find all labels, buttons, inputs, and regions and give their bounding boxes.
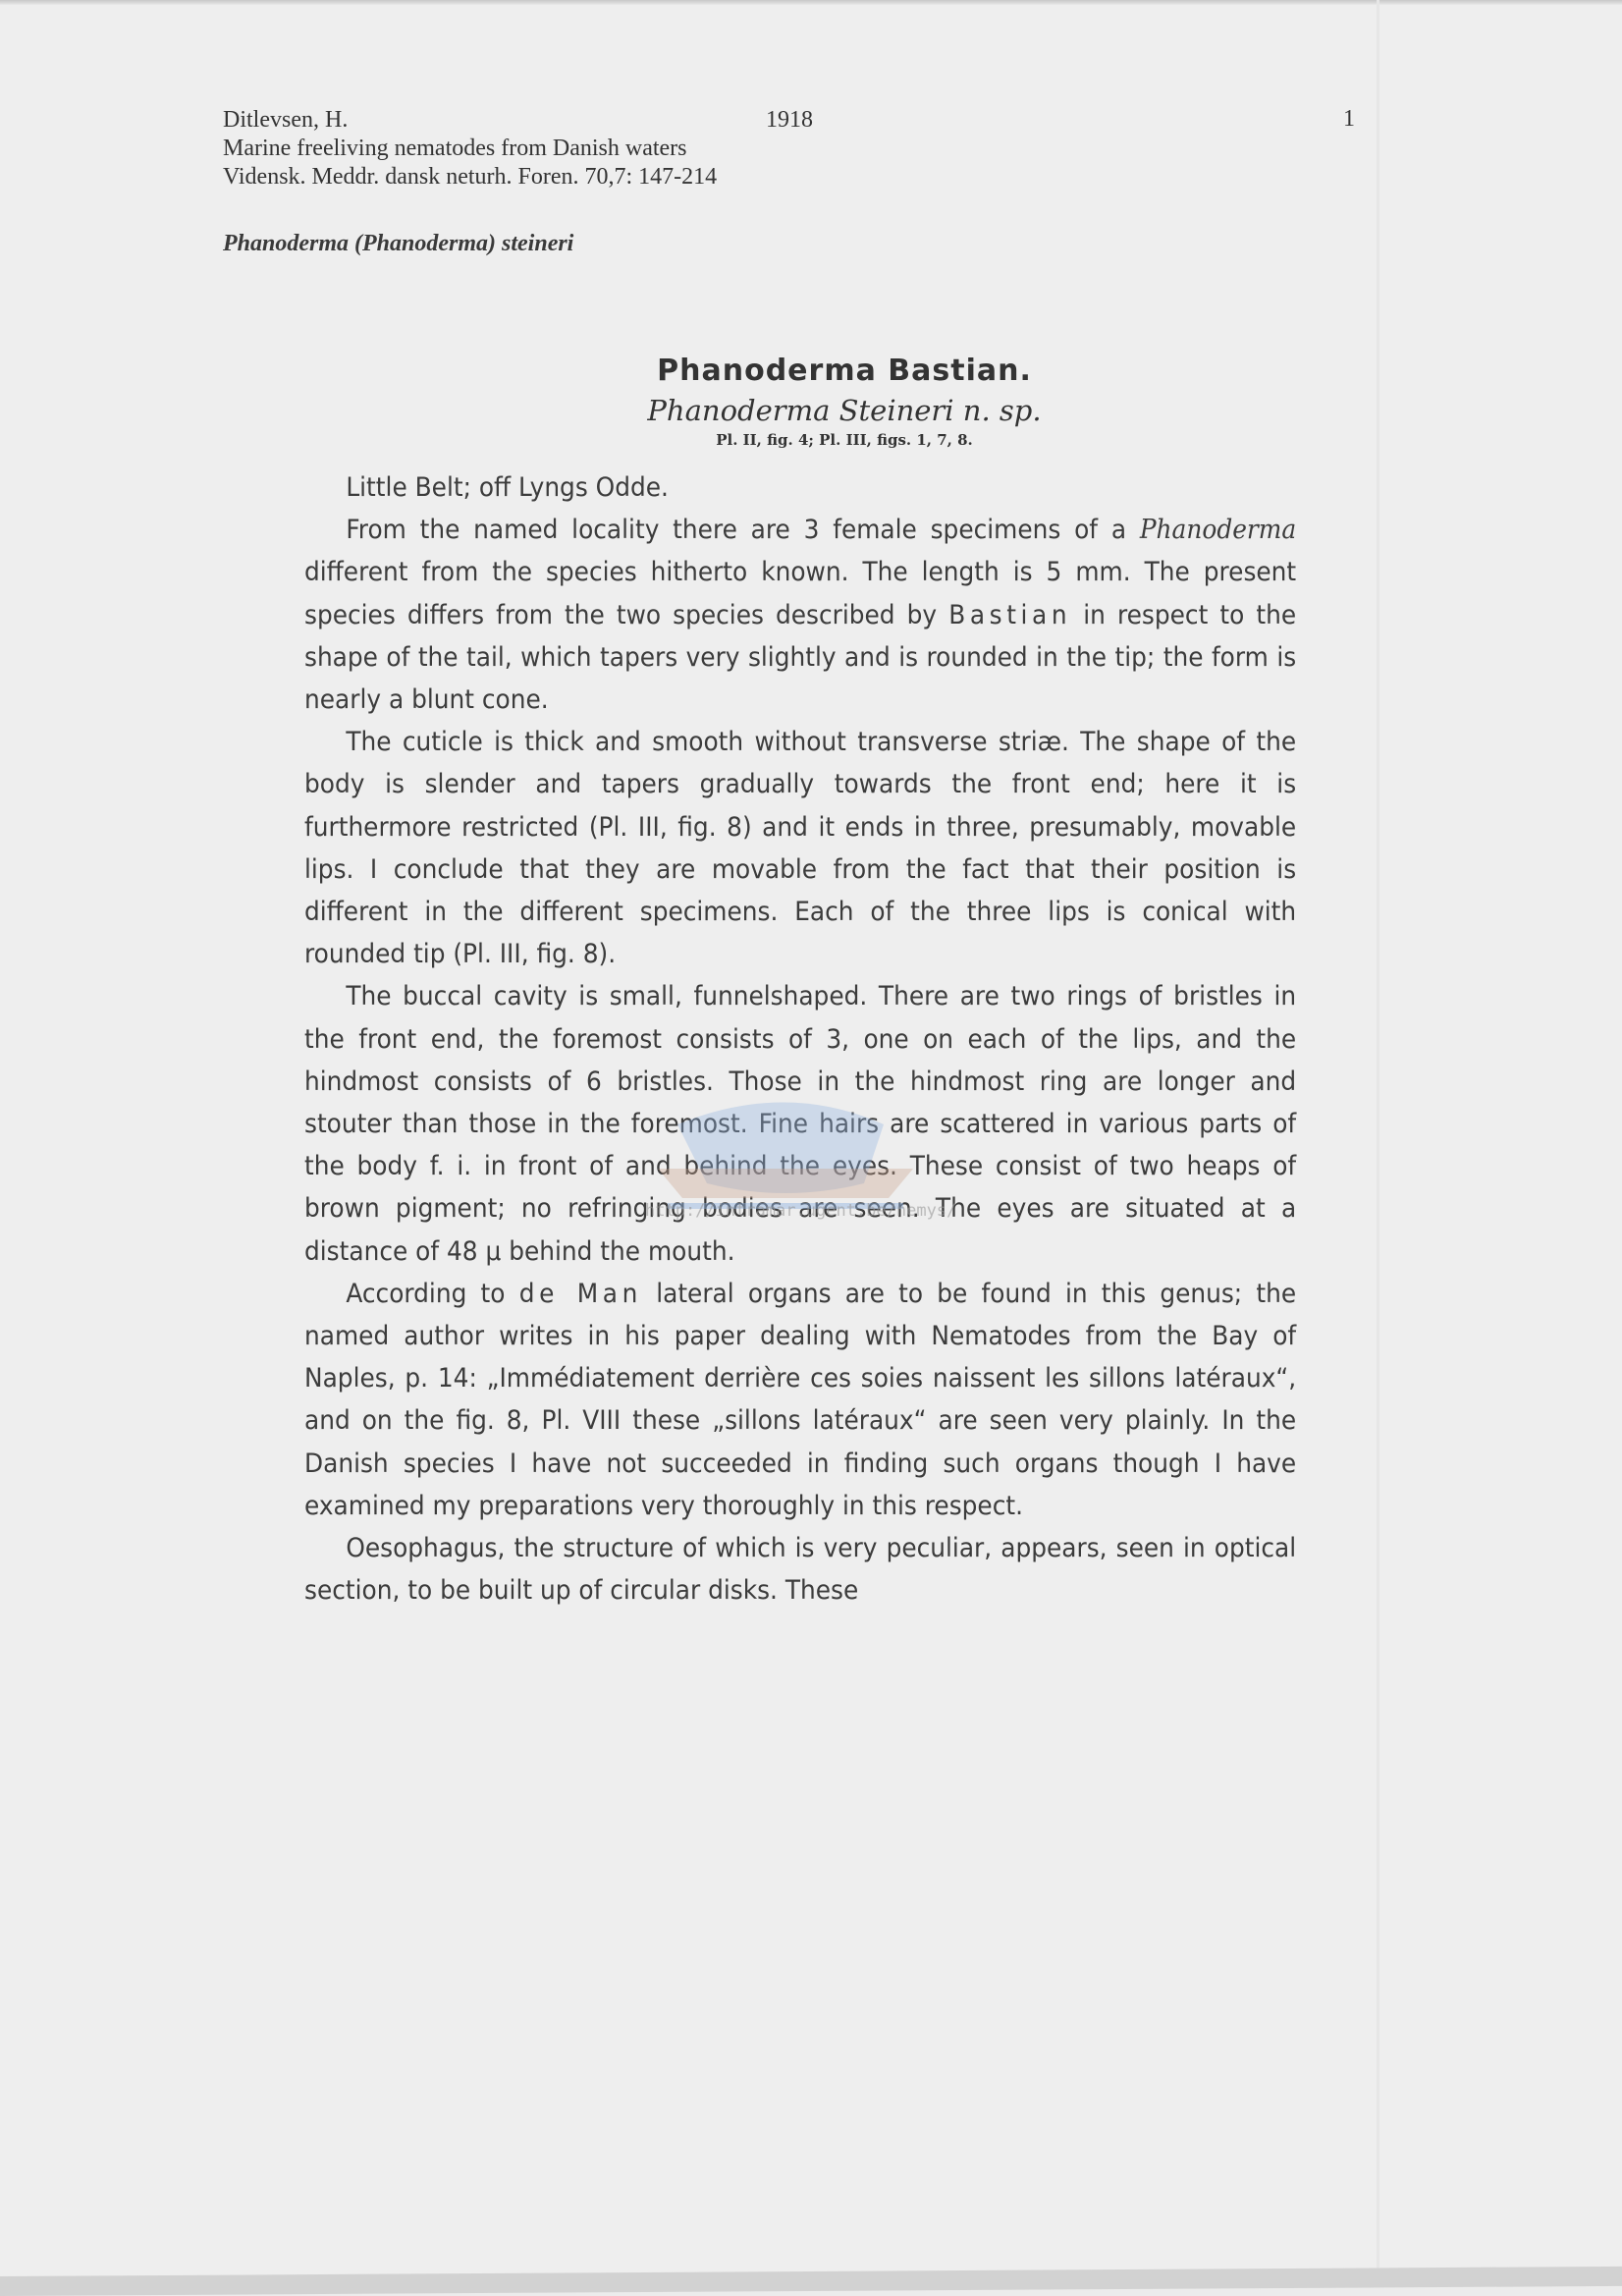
document-page: Ditlevsen, H. 1918 Marine freeliving nem… — [0, 0, 1622, 2276]
page-number: 1 — [1343, 106, 1355, 133]
species-heading: Phanoderma Steineri n. sp. — [393, 394, 1296, 427]
author-name: Bastian — [948, 600, 1071, 630]
watermark-url: http://intramar.ugent.be/nemys/ — [645, 1201, 956, 1221]
paragraph-4: According to de Man lateral organs are t… — [304, 1273, 1296, 1527]
genus-italic: Phanoderma — [1140, 515, 1296, 545]
article-body: Phanoderma Bastian. Phanoderma Steineri … — [304, 354, 1296, 1612]
author-name: de Man — [519, 1279, 642, 1309]
citation-header: Ditlevsen, H. 1918 Marine freeliving nem… — [223, 106, 717, 191]
paragraph-3: The buccal cavity is small, funnelshaped… — [304, 975, 1296, 1272]
paragraph-1: From the named locality there are 3 fema… — [304, 509, 1296, 721]
journal-citation: Vidensk. Meddr. dansk neturh. Foren. 70,… — [223, 163, 717, 191]
year: 1918 — [766, 106, 813, 135]
plate-references: Pl. II, fig. 4; Pl. III, figs. 1, 7, 8. — [393, 431, 1296, 449]
locality-paragraph: Little Belt; off Lyngs Odde. — [304, 466, 1296, 509]
paragraph-2: The cuticle is thick and smooth without … — [304, 721, 1296, 975]
paragraph-5: Oesophagus, the structure of which is ve… — [304, 1527, 1296, 1612]
publication-title: Marine freeliving nematodes from Danish … — [223, 135, 717, 163]
author: Ditlevsen, H. — [223, 107, 348, 133]
genus-heading: Phanoderma Bastian. — [393, 354, 1296, 388]
taxon-name: Phanoderma (Phanoderma) steineri — [223, 231, 573, 257]
scan-margin-line — [1377, 0, 1379, 2276]
